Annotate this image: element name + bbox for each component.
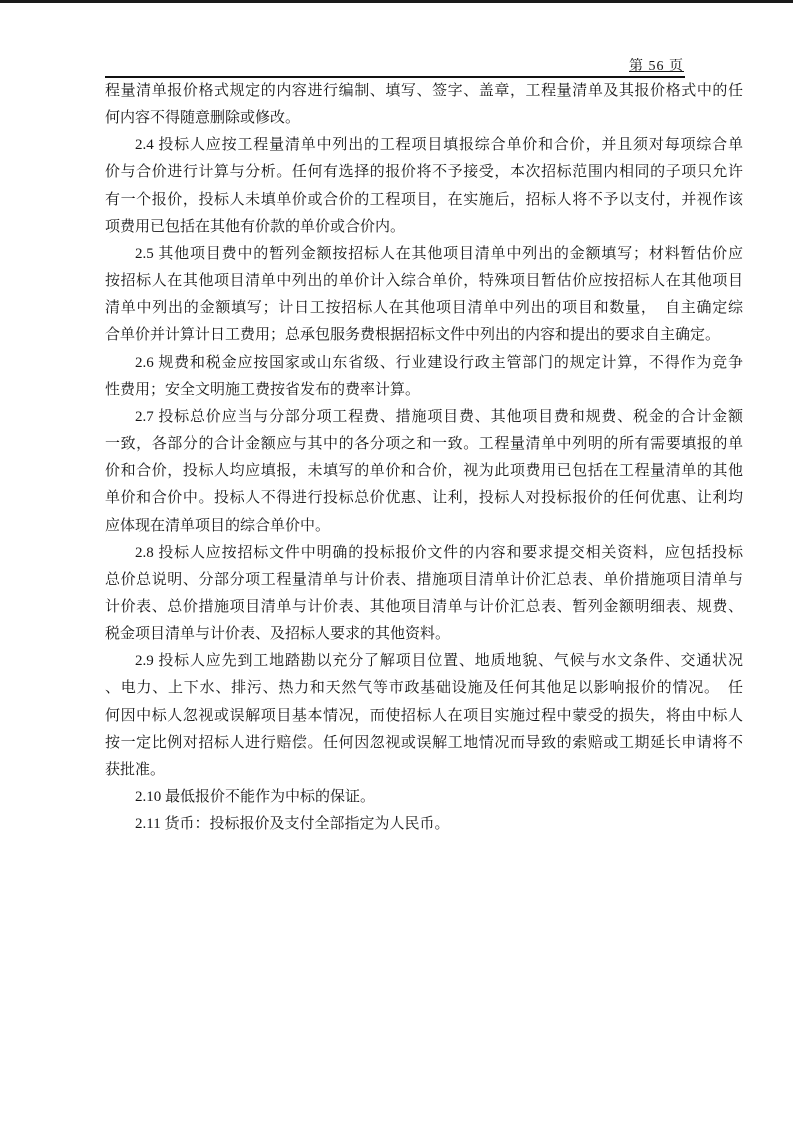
text-line: 2.11 货币：投标报价及支付全部指定为人民币。 [105,811,743,838]
text-line: 何内容不得随意删除或修改。 [105,105,743,132]
text-line: 、电力、上下水、排污、热力和天然气等市政基础设施及任何其他足以影响报价的情况。 … [105,675,743,702]
text-line: 价和合价，投标人均应填报，未填写的单价和合价，视为此项费用已包括在工程量清单的其… [105,458,743,485]
text-line: 2.8 投标人应按招标文件中明确的投标报价文件的内容和要求提交相关资料，应包括投… [105,540,743,567]
text-line: 性费用；安全文明施工费按省发布的费率计算。 [105,377,743,404]
text-line: 税金项目清单与计价表、及招标人要求的其他资料。 [105,621,743,648]
document-body: 程量清单报价格式规定的内容进行编制、填写、签字、盖章，工程量清单及其报价格式中的… [105,78,743,838]
text-line: 程量清单报价格式规定的内容进行编制、填写、签字、盖章，工程量清单及其报价格式中的… [105,78,743,105]
text-line: 2.6 规费和税金应按国家或山东省级、行业建设行政主管部门的规定计算，不得作为竞… [105,350,743,377]
text-line: 一致，各部分的合计金额应与其中的各分项之和一致。工程量清单中列明的所有需要填报的… [105,431,743,458]
text-line: 按招标人在其他项目清单中列出的单价计入综合单价，特殊项目暂估价应按招标人在其他项… [105,268,743,295]
text-line: 价与合价进行计算与分析。任何有选择的报价将不予接受，本次招标范围内相同的子项只允… [105,159,743,186]
text-line: 有一个报价，投标人未填单价或合价的工程项目，在实施后，招标人将不予以支付，并视作… [105,187,743,214]
page-header: 第 56 页 [105,3,685,78]
page-number: 第 56 页 [628,58,685,76]
text-line: 2.4 投标人应按工程量清单中列出的工程项目填报综合单价和合价，并且须对每项综合… [105,132,743,159]
text-line: 2.5 其他项目费中的暂列金额按招标人在其他项目清单中列出的金额填写；材料暂估价… [105,241,743,268]
text-line: 何因中标人忽视或误解项目基本情况，而使招标人在项目实施过程中蒙受的损失，将由中标… [105,703,743,730]
text-line: 清单中列出的金额填写；计日工按招标人在其他项目清单中列出的项目和数量， 自主确定… [105,295,743,322]
text-line: 单价和合价中。投标人不得进行投标总价优惠、让利，投标人对投标报价的任何优惠、让利… [105,485,743,512]
document-page: 第 56 页 程量清单报价格式规定的内容进行编制、填写、签字、盖章，工程量清单及… [0,0,793,1122]
text-line: 应体现在清单项目的综合单价中。 [105,513,743,540]
text-line: 总价总说明、分部分项工程量清单与计价表、措施项目清单计价汇总表、单价措施项目清单… [105,567,743,594]
text-line: 2.10 最低报价不能作为中标的保证。 [105,784,743,811]
text-line: 2.9 投标人应先到工地踏勘以充分了解项目位置、地质地貌、气候与水文条件、交通状… [105,648,743,675]
text-line: 合单价并计算计日工费用；总承包服务费根据招标文件中列出的内容和提出的要求自主确定… [105,322,743,349]
text-line: 获批准。 [105,757,743,784]
text-line: 计价表、总价措施项目清单与计价表、其他项目清单与计价汇总表、暂列金额明细表、规费… [105,594,743,621]
text-line: 2.7 投标总价应当与分部分项工程费、措施项目费、其他项目费和规费、税金的合计金… [105,404,743,431]
text-line: 项费用已包括在其他有价款的单价或合价内。 [105,214,743,241]
text-line: 按一定比例对招标人进行赔偿。任何因忽视或误解工地情况而导致的索赔或工期延长申请将… [105,730,743,757]
